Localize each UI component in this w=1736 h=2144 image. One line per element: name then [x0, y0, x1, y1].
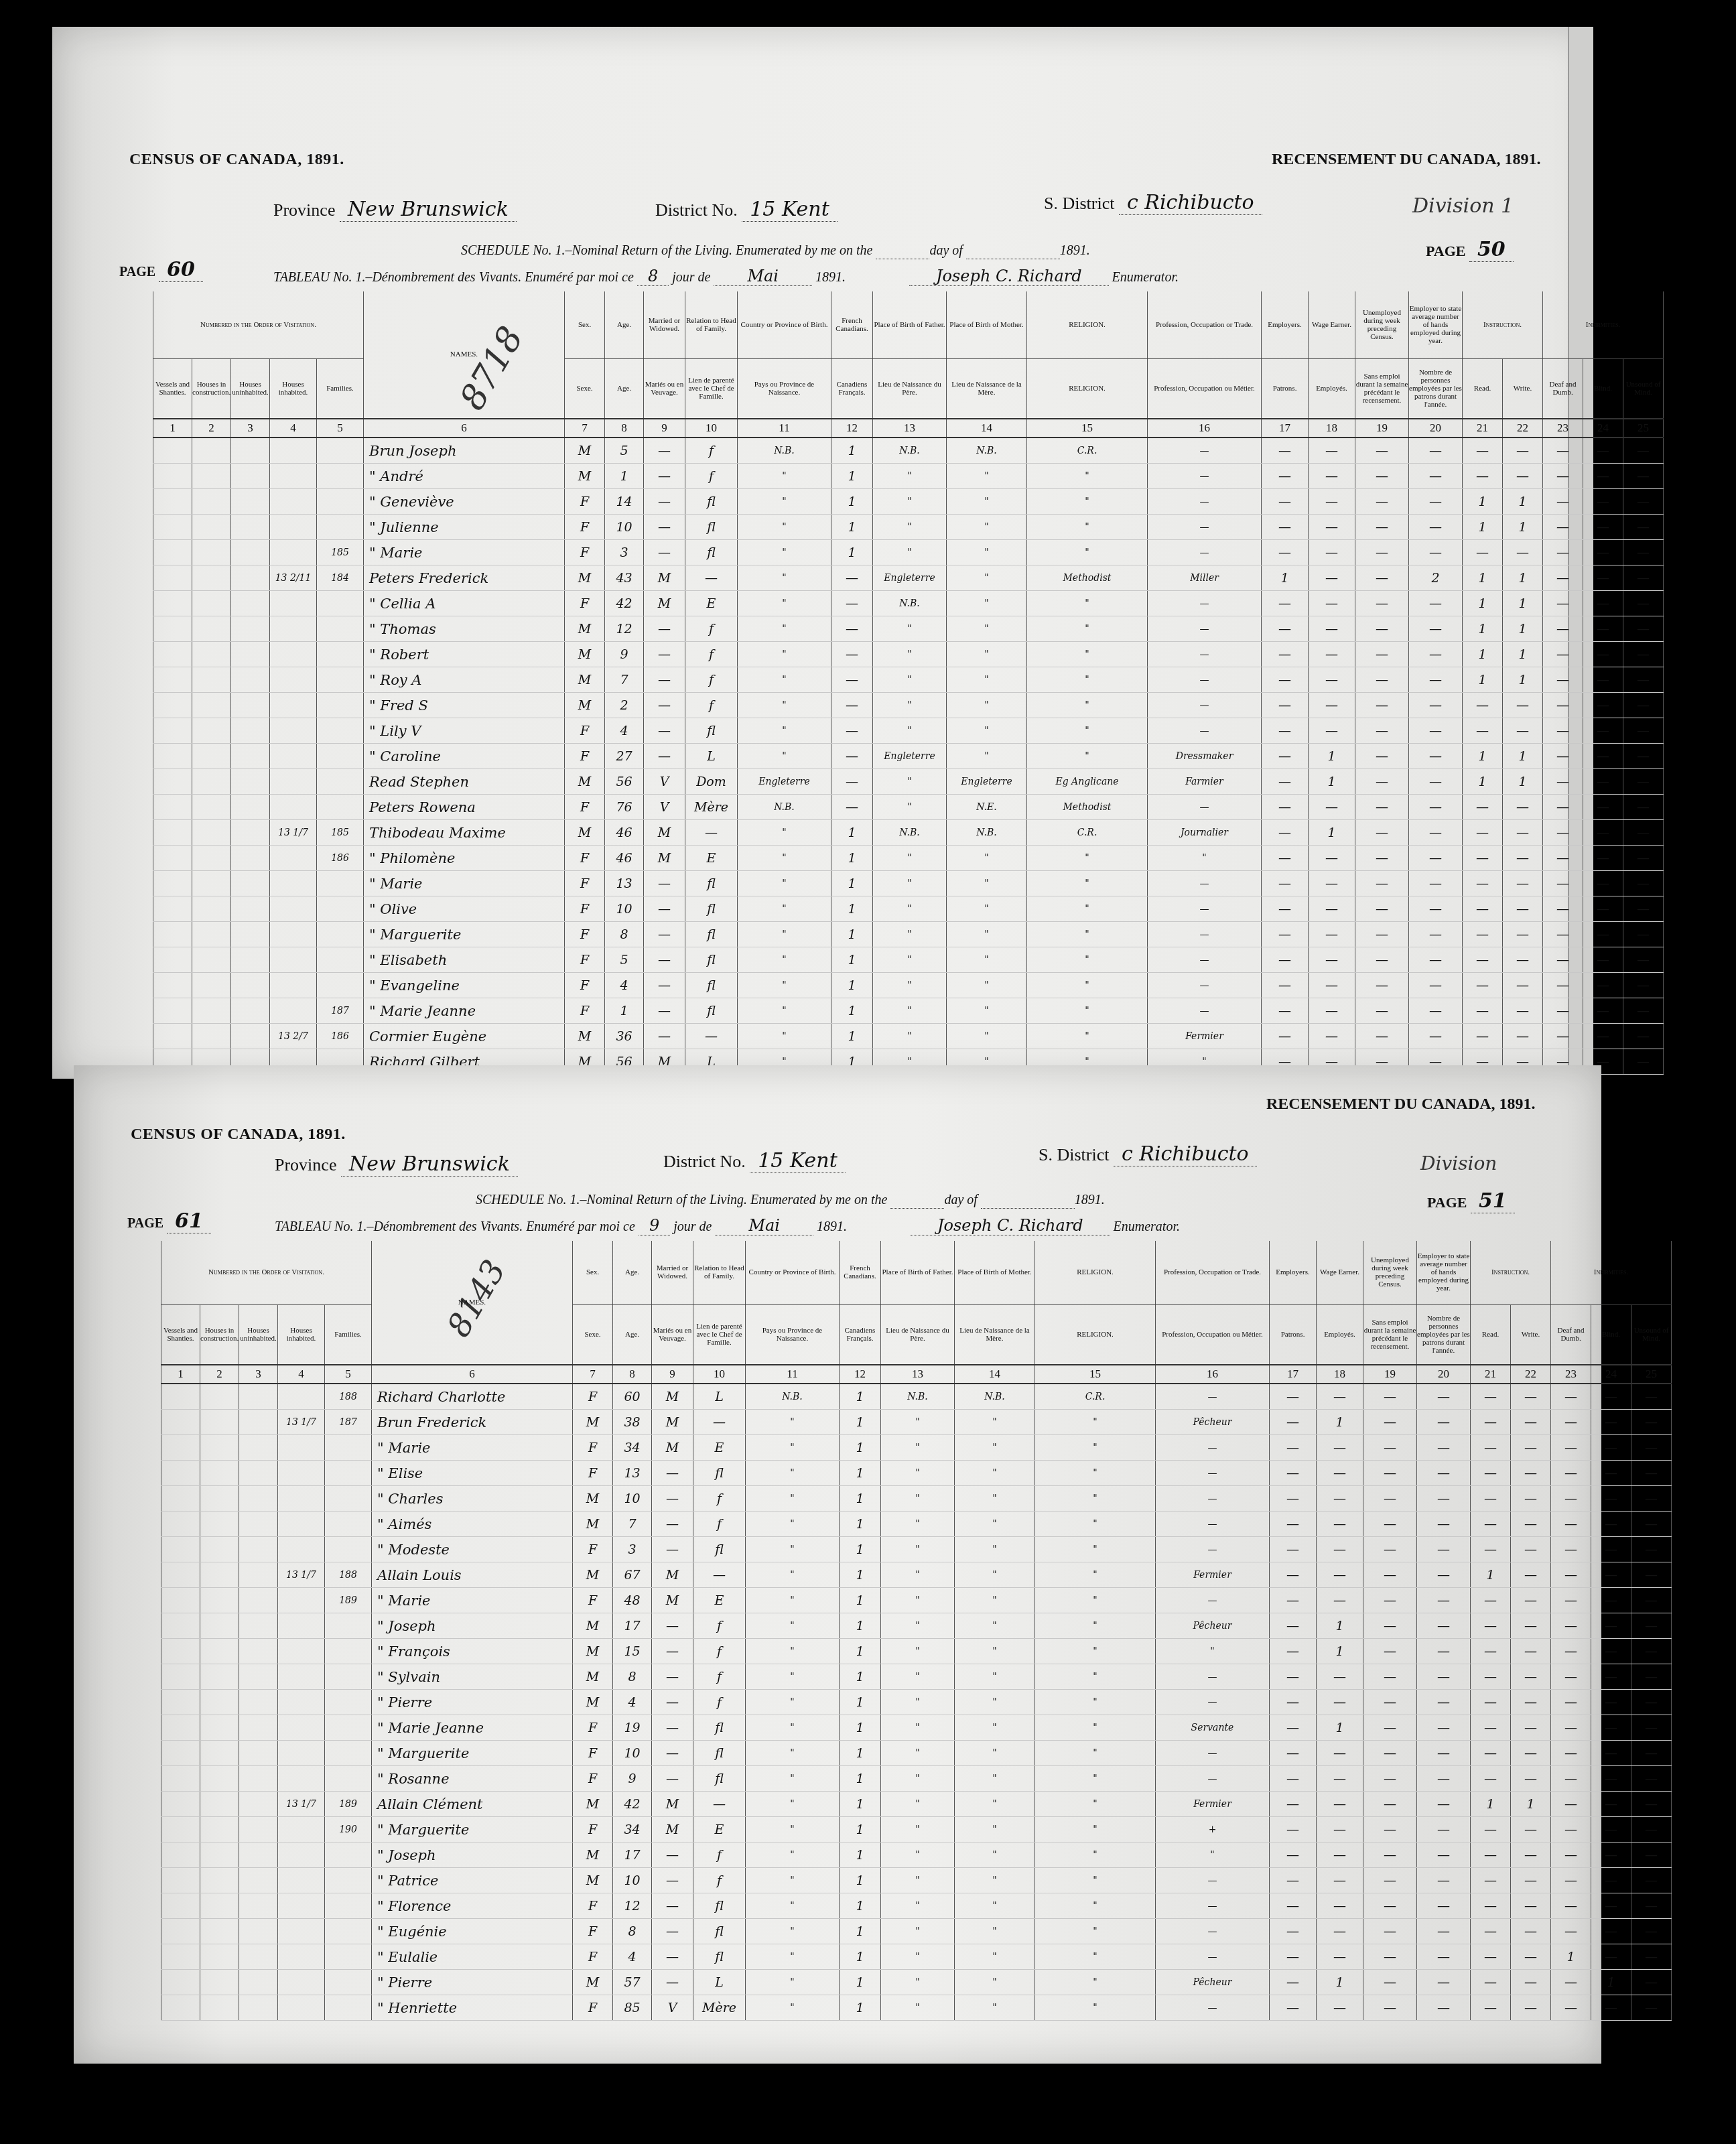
cell-c24: —	[1583, 871, 1623, 896]
cell-c19: —	[1355, 769, 1409, 795]
cell-religion: "	[1027, 667, 1148, 693]
cell-c22: —	[1511, 1995, 1551, 2021]
cell-c4	[270, 769, 317, 795]
cell-mother: "	[947, 489, 1027, 515]
cell-c3	[231, 795, 270, 820]
cell-c25: —	[1631, 1613, 1672, 1639]
cell-c17: —	[1270, 1613, 1317, 1639]
cell-c24: —	[1583, 1024, 1623, 1049]
cell-c19: —	[1363, 1944, 1417, 1970]
cell-c2	[200, 1741, 239, 1766]
cell-c19: —	[1355, 693, 1409, 718]
cell-name: " Philomène	[364, 846, 565, 871]
cell-c20: —	[1409, 769, 1463, 795]
cell-name: " Marie	[372, 1588, 573, 1613]
cell-age: 13	[613, 1461, 652, 1486]
cell-mar: —	[652, 1537, 693, 1562]
cell-mother: "	[955, 1690, 1035, 1715]
cell-c2	[200, 1766, 239, 1792]
table-row: " ModesteF3—fl"1"""——————————	[161, 1537, 1672, 1562]
cell-c24: —	[1591, 1486, 1631, 1512]
cell-fc: 1	[831, 1024, 873, 1049]
cell-mar: —	[652, 1893, 693, 1919]
cell-c20: —	[1409, 464, 1463, 489]
cell-c22: —	[1503, 1024, 1543, 1049]
cell-c19: —	[1355, 973, 1409, 998]
cell-mar: —	[652, 1868, 693, 1893]
cell-mar: V	[644, 795, 685, 820]
cell-c17: —	[1270, 1410, 1317, 1435]
cell-c25: —	[1623, 769, 1664, 795]
cell-c21: —	[1471, 1868, 1511, 1893]
cell-c25: —	[1623, 438, 1664, 464]
cell-c4: 13 1/7	[278, 1792, 325, 1817]
cell-birth: "	[746, 1817, 840, 1842]
s-district-field-2: S. District c Richibucto	[1039, 1142, 1257, 1166]
cell-c24: —	[1583, 667, 1623, 693]
cell-c2	[192, 565, 231, 591]
cell-c20: —	[1409, 667, 1463, 693]
cell-c17: —	[1262, 973, 1309, 998]
cell-c17: —	[1262, 795, 1309, 820]
cell-c24: —	[1591, 1842, 1631, 1868]
cell-birth: N.B.	[738, 795, 831, 820]
cell-c18: —	[1317, 1512, 1363, 1537]
cell-mar: —	[644, 642, 685, 667]
cell-age: 7	[605, 667, 644, 693]
cell-c1	[161, 1817, 200, 1842]
cell-c5	[325, 1690, 372, 1715]
cell-father: "	[873, 871, 947, 896]
cell-birth: "	[738, 464, 831, 489]
table-row: " JulienneF10—fl"1"""—————11———	[153, 515, 1664, 540]
cell-c18: —	[1309, 947, 1355, 973]
cell-c3	[239, 1842, 278, 1868]
tableau-line-fr: TABLEAU No. 1.–Dénombrement des Vivants.…	[273, 267, 1179, 285]
table-row: Peters RowenaF76VMèreN.B.—"N.E.Methodist…	[153, 795, 1664, 820]
cell-age: 8	[613, 1664, 652, 1690]
enum-month: Mai	[714, 267, 812, 286]
cell-c25: —	[1623, 515, 1664, 540]
cell-age: 3	[613, 1537, 652, 1562]
table-row: 190" MargueriteF34ME"1"""+—————————	[161, 1817, 1672, 1842]
cell-c21: 1	[1463, 565, 1503, 591]
cell-c24: —	[1591, 1664, 1631, 1690]
cell-c20: —	[1417, 1486, 1471, 1512]
cell-age: 5	[605, 438, 644, 464]
cell-birth: "	[746, 1639, 840, 1664]
cell-c21: —	[1471, 1435, 1511, 1461]
cell-age: 42	[605, 591, 644, 616]
cell-religion: "	[1035, 1842, 1156, 1868]
cell-c25: —	[1623, 998, 1664, 1024]
census-table-page-60: Numbered in the Order of Visitation. NAM…	[153, 291, 1664, 1075]
cell-c1	[153, 769, 192, 795]
cell-c2	[192, 515, 231, 540]
cell-mother: "	[955, 1613, 1035, 1639]
cell-c4	[278, 1664, 325, 1690]
cell-c4	[270, 540, 317, 565]
cell-sex: F	[565, 744, 605, 769]
cell-c25: —	[1631, 1410, 1672, 1435]
cell-c22: —	[1503, 846, 1543, 871]
cell-prof: —	[1156, 1741, 1270, 1766]
cell-fc: —	[831, 616, 873, 642]
table-row: " MarieF13—fl"1"""——————————	[153, 871, 1664, 896]
cell-c3	[239, 1613, 278, 1639]
cell-father: Engleterre	[873, 565, 947, 591]
cell-birth: "	[738, 998, 831, 1024]
cell-c1	[153, 922, 192, 947]
cell-c21: —	[1471, 1461, 1511, 1486]
cell-c18: —	[1317, 1792, 1363, 1817]
cell-c2	[200, 1944, 239, 1970]
cell-c20: —	[1417, 1639, 1471, 1664]
cell-sex: F	[573, 1919, 613, 1944]
cell-c17: —	[1270, 1919, 1317, 1944]
cell-c24: —	[1591, 1562, 1631, 1588]
cell-c5	[325, 1944, 372, 1970]
cell-c21: —	[1471, 1741, 1511, 1766]
cell-c25: —	[1631, 1766, 1672, 1792]
cell-mar: —	[644, 998, 685, 1024]
cell-religion: "	[1027, 973, 1148, 998]
cell-religion: "	[1035, 1664, 1156, 1690]
cell-c2	[192, 795, 231, 820]
cell-mar: M	[652, 1435, 693, 1461]
census-title-fr: RECENSEMENT DU CANADA, 1891.	[1272, 151, 1541, 169]
cell-c19: —	[1363, 1995, 1417, 2021]
cell-c25: —	[1623, 896, 1664, 922]
cell-c17: —	[1270, 1486, 1317, 1512]
cell-prof: —	[1148, 489, 1262, 515]
cell-c4	[278, 1766, 325, 1792]
cell-c1	[153, 947, 192, 973]
cell-rel: f	[693, 1512, 746, 1537]
cell-c3	[239, 1639, 278, 1664]
cell-mar: —	[652, 1613, 693, 1639]
cell-c1	[161, 1384, 200, 1410]
cell-c19: —	[1363, 1461, 1417, 1486]
cell-fc: 1	[840, 1588, 881, 1613]
cell-c19: —	[1355, 846, 1409, 871]
cell-c23: —	[1543, 922, 1583, 947]
cell-age: 4	[605, 718, 644, 744]
cell-c24: —	[1583, 565, 1623, 591]
province-field-2: Province New Brunswick	[275, 1152, 518, 1176]
cell-c3	[239, 1792, 278, 1817]
cell-c4	[278, 1461, 325, 1486]
cell-age: 9	[613, 1766, 652, 1792]
cell-c20: —	[1417, 1384, 1471, 1410]
cell-c22: —	[1511, 1690, 1551, 1715]
cell-c21: —	[1471, 1944, 1511, 1970]
cell-fc: —	[831, 769, 873, 795]
cell-c17: —	[1262, 642, 1309, 667]
cell-c2	[200, 1893, 239, 1919]
cell-c25: —	[1623, 1024, 1664, 1049]
table-row: " HenrietteF85VMère"1"""——————————	[161, 1995, 1672, 2021]
cell-rel: fl	[685, 871, 738, 896]
cell-c21: —	[1471, 1410, 1511, 1435]
cell-c25: —	[1623, 642, 1664, 667]
cell-rel: f	[693, 1664, 746, 1690]
cell-c23: —	[1543, 464, 1583, 489]
cell-c21: —	[1463, 718, 1503, 744]
cell-c22: —	[1511, 1842, 1551, 1868]
cell-c25: —	[1631, 1562, 1672, 1588]
cell-c1	[161, 1613, 200, 1639]
cell-c5	[317, 591, 364, 616]
cell-fc: 1	[840, 1919, 881, 1944]
cell-birth: "	[746, 1868, 840, 1893]
cell-c17: —	[1270, 1970, 1317, 1995]
cell-c22: —	[1511, 1639, 1551, 1664]
cell-c4	[270, 718, 317, 744]
cell-name: " Thomas	[364, 616, 565, 642]
cell-c5	[317, 744, 364, 769]
cell-age: 34	[613, 1435, 652, 1461]
cell-religion: "	[1035, 1410, 1156, 1435]
cell-c2	[192, 947, 231, 973]
table-row: 13 1/7188Allain LouisM67M—"1"""Fermier——…	[161, 1562, 1672, 1588]
cell-mar: —	[644, 693, 685, 718]
cell-c2	[200, 1842, 239, 1868]
cell-age: 2	[605, 693, 644, 718]
cell-c4	[270, 871, 317, 896]
cell-c17: —	[1270, 1868, 1317, 1893]
cell-c23: —	[1543, 1024, 1583, 1049]
division-note-2: Division	[1420, 1152, 1497, 1175]
cell-religion: "	[1027, 744, 1148, 769]
cell-c23: —	[1543, 667, 1583, 693]
cell-rel: E	[685, 846, 738, 871]
cell-c24: —	[1591, 1766, 1631, 1792]
cell-mar: —	[644, 438, 685, 464]
cell-mother: "	[955, 1410, 1035, 1435]
cell-c17: —	[1270, 1944, 1317, 1970]
cell-c17: —	[1262, 591, 1309, 616]
cell-fc: —	[831, 591, 873, 616]
cell-c17: 1	[1262, 565, 1309, 591]
cell-sex: F	[573, 1817, 613, 1842]
cell-c19: —	[1363, 1970, 1417, 1995]
cell-age: 17	[613, 1613, 652, 1639]
cell-c17: —	[1262, 616, 1309, 642]
cell-c17: —	[1270, 1792, 1317, 1817]
cell-c5	[325, 1639, 372, 1664]
cell-c2	[200, 1486, 239, 1512]
cell-c23: —	[1551, 1435, 1591, 1461]
cell-c2	[200, 1792, 239, 1817]
cell-c3	[231, 973, 270, 998]
cell-religion: "	[1035, 1868, 1156, 1893]
cell-c19: —	[1363, 1690, 1417, 1715]
cell-c1	[161, 1562, 200, 1588]
cell-name: Cormier Eugène	[364, 1024, 565, 1049]
cell-name: " Marie	[372, 1435, 573, 1461]
cell-father: "	[881, 1919, 955, 1944]
cell-sex: F	[573, 1741, 613, 1766]
cell-c21: 1	[1463, 769, 1503, 795]
cell-c17: —	[1262, 871, 1309, 896]
cell-father: "	[881, 1970, 955, 1995]
cell-c24: —	[1591, 1639, 1631, 1664]
cell-mar: —	[652, 1766, 693, 1792]
table-row: " GenevièveF14—fl"1"""—————11———	[153, 489, 1664, 515]
cell-c5	[317, 489, 364, 515]
cell-c18: —	[1317, 1435, 1363, 1461]
cell-name: " André	[364, 464, 565, 489]
cell-rel: fl	[693, 1741, 746, 1766]
cell-c1	[153, 591, 192, 616]
cell-birth: "	[746, 1919, 840, 1944]
cell-father: N.B.	[873, 820, 947, 846]
cell-c23: —	[1551, 1995, 1591, 2021]
table-row: " Lily VF4—fl"—"""——————————	[153, 718, 1664, 744]
cell-religion: C.R.	[1027, 438, 1148, 464]
cell-c22: —	[1503, 693, 1543, 718]
cell-birth: "	[746, 1486, 840, 1512]
cell-c3	[239, 1893, 278, 1919]
cell-age: 7	[613, 1512, 652, 1537]
cell-mother: "	[947, 744, 1027, 769]
cell-c20: —	[1409, 693, 1463, 718]
cell-mother: "	[955, 1562, 1035, 1588]
cell-c18: —	[1309, 515, 1355, 540]
district-value: 15 Kent	[742, 198, 837, 222]
cell-c20: —	[1417, 1792, 1471, 1817]
cell-father: "	[873, 947, 947, 973]
cell-c22: —	[1511, 1384, 1551, 1410]
cell-mar: —	[644, 718, 685, 744]
cell-c24: —	[1583, 489, 1623, 515]
cell-fc: 1	[831, 896, 873, 922]
cell-c20: —	[1409, 973, 1463, 998]
cell-prof: —	[1156, 1944, 1270, 1970]
cell-age: 67	[613, 1562, 652, 1588]
cell-c24: —	[1591, 1817, 1631, 1842]
cell-c2	[192, 489, 231, 515]
cell-c21: —	[1463, 1024, 1503, 1049]
cell-c2	[192, 591, 231, 616]
cell-mar: —	[644, 973, 685, 998]
cell-birth: "	[746, 1766, 840, 1792]
cell-c2	[200, 1435, 239, 1461]
cell-fc: 1	[840, 1562, 881, 1588]
cell-rel: —	[693, 1562, 746, 1588]
cell-father: "	[873, 540, 947, 565]
cell-c1	[161, 1486, 200, 1512]
cell-birth: "	[738, 973, 831, 998]
cell-c5	[325, 1715, 372, 1741]
cell-birth: "	[746, 1664, 840, 1690]
cell-sex: F	[573, 1893, 613, 1919]
cell-c24: —	[1583, 744, 1623, 769]
cell-c3	[231, 744, 270, 769]
cell-prof: Journalier	[1148, 820, 1262, 846]
cell-c5	[325, 1868, 372, 1893]
cell-birth: "	[738, 718, 831, 744]
cell-name: " Marie Jeanne	[364, 998, 565, 1024]
census-rows-page-61: 188Richard CharlotteF60MLN.B.1N.B.N.B.C.…	[161, 1384, 1672, 2021]
cell-sex: M	[573, 1868, 613, 1893]
cell-c22: —	[1511, 1970, 1551, 1995]
cell-c18: 1	[1317, 1970, 1363, 1995]
cell-c17: —	[1270, 1537, 1317, 1562]
cell-c22: 1	[1503, 667, 1543, 693]
cell-birth: "	[738, 540, 831, 565]
cell-c17: —	[1270, 1741, 1317, 1766]
table-row: " Roy AM7—f"—"""—————11———	[153, 667, 1664, 693]
table-row: " EvangelineF4—fl"1"""——————————	[153, 973, 1664, 998]
cell-c2	[192, 540, 231, 565]
cell-c24: 1	[1591, 1970, 1631, 1995]
cell-c5: 187	[317, 998, 364, 1024]
cell-prof: —	[1148, 464, 1262, 489]
cell-age: 76	[605, 795, 644, 820]
cell-c2	[200, 1588, 239, 1613]
cell-c1	[161, 1410, 200, 1435]
cell-c25: —	[1623, 795, 1664, 820]
cell-c21: 1	[1463, 744, 1503, 769]
cell-c4	[278, 1613, 325, 1639]
cell-prof: —	[1156, 1486, 1270, 1512]
cell-religion: "	[1027, 871, 1148, 896]
cell-religion: "	[1035, 1461, 1156, 1486]
cell-c25: —	[1631, 1588, 1672, 1613]
cell-prof: Farmier	[1148, 769, 1262, 795]
cell-c17: —	[1270, 1512, 1317, 1537]
cell-c4	[278, 1715, 325, 1741]
cell-mother: "	[947, 896, 1027, 922]
cell-c3	[239, 1868, 278, 1893]
cell-c3	[231, 515, 270, 540]
cell-c19: —	[1363, 1512, 1417, 1537]
cell-age: 12	[605, 616, 644, 642]
cell-c1	[161, 1537, 200, 1562]
table-row: " Fred SM2—f"—"""——————————	[153, 693, 1664, 718]
cell-c21: —	[1471, 1486, 1511, 1512]
cell-c23: —	[1543, 540, 1583, 565]
cell-c21: —	[1471, 1817, 1511, 1842]
cell-name: " Henriette	[372, 1995, 573, 2021]
cell-sex: F	[573, 1766, 613, 1792]
cell-c4	[270, 744, 317, 769]
cell-c19: —	[1363, 1817, 1417, 1842]
cell-c23: —	[1543, 795, 1583, 820]
cell-c2	[192, 1024, 231, 1049]
cell-name: " Florence	[372, 1893, 573, 1919]
cell-mother: "	[947, 846, 1027, 871]
cell-birth: Engleterre	[738, 769, 831, 795]
cell-father: "	[873, 616, 947, 642]
cell-c23: —	[1543, 693, 1583, 718]
cell-name: " Marie Jeanne	[372, 1715, 573, 1741]
cell-fc: —	[831, 795, 873, 820]
cell-rel: f	[685, 616, 738, 642]
cell-c18: —	[1317, 1842, 1363, 1868]
cell-name: " Roy A	[364, 667, 565, 693]
cell-c24: —	[1583, 616, 1623, 642]
cell-prof: —	[1148, 438, 1262, 464]
cell-c20: —	[1417, 1919, 1471, 1944]
cell-c18: —	[1309, 642, 1355, 667]
cell-mar: —	[644, 667, 685, 693]
cell-c5	[325, 1486, 372, 1512]
cell-rel: fl	[693, 1919, 746, 1944]
cell-rel: f	[693, 1868, 746, 1893]
